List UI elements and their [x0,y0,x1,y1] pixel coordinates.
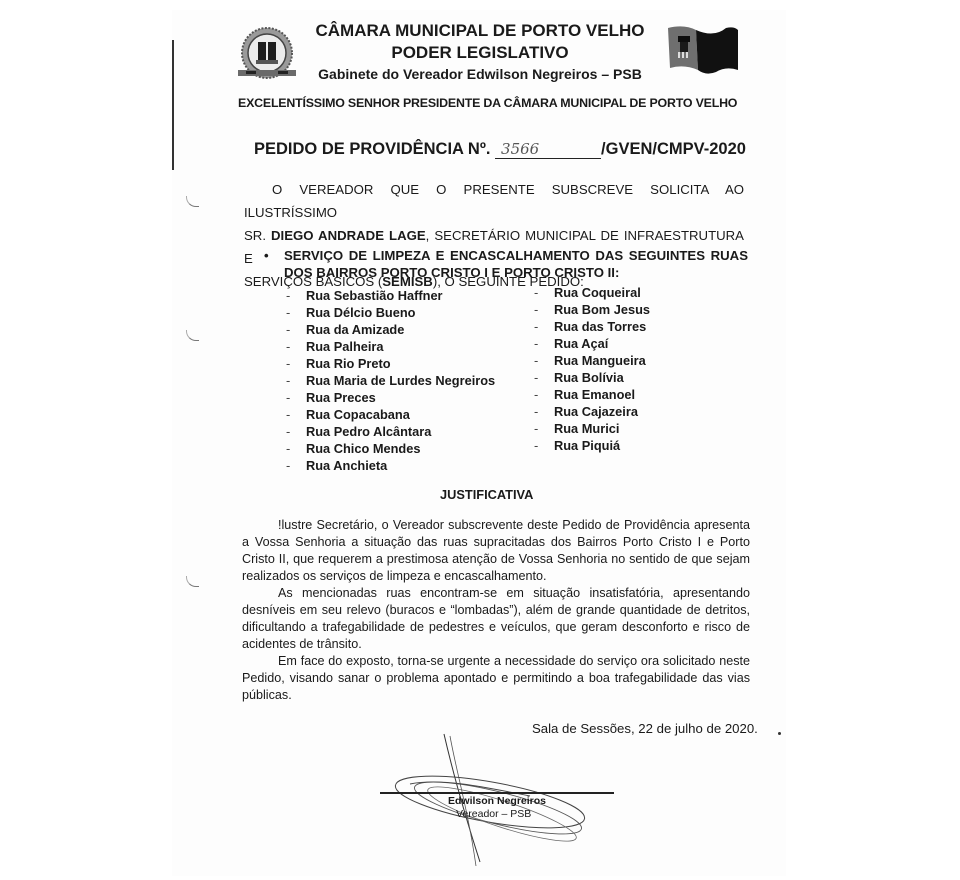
dash-icon: - [534,420,554,437]
street-list-item: -Rua Maria de Lurdes Negreiros [286,372,495,389]
request-number-heading: PEDIDO DE PROVIDÊNCIA Nº. 3566/GVEN/CMPV… [254,140,746,159]
request-bullet-text: SERVIÇO DE LIMPEZA E ENCASCALHAMENTO DAS… [284,247,748,281]
street-name: Rua Bom Jesus [554,301,650,318]
street-list-column-b: -Rua Coqueiral-Rua Bom Jesus-Rua das Tor… [534,284,650,454]
dash-icon: - [286,440,306,457]
street-name: Rua Anchieta [306,457,387,474]
street-name: Rua Chico Mendes [306,440,420,457]
municipal-seal-icon [236,26,298,84]
street-list-item: -Rua Palheira [286,338,495,355]
justification-body: !lustre Secretário, o Vereador subscreve… [242,517,750,704]
dash-icon: - [286,389,306,406]
street-list-item: -Rua Coqueiral [534,284,650,301]
street-name: Rua Murici [554,420,619,437]
secretary-name: DIEGO ANDRADE LAGE [271,228,426,243]
city-flag-icon [666,22,740,76]
street-list-item: -Rua Bolívia [534,369,650,386]
street-list-item: -Rua Bom Jesus [534,301,650,318]
street-name: Rua da Amizade [306,321,404,338]
street-list-item: -Rua Emanoel [534,386,650,403]
signature-line [380,792,614,794]
street-name: Rua Rio Preto [306,355,391,372]
street-list-item: -Rua Rio Preto [286,355,495,372]
dash-icon: - [286,304,306,321]
street-name: Rua Mangueira [554,352,646,369]
request-number-handwritten: 3566 [495,141,601,159]
dash-icon: - [286,355,306,372]
branch-title: PODER LEGISLATIVO [300,43,660,63]
dash-icon: - [534,369,554,386]
street-list-item: -Rua Murici [534,420,650,437]
dash-icon: - [286,372,306,389]
bullet-icon: • [264,247,269,264]
street-name: Rua Maria de Lurdes Negreiros [306,372,495,389]
street-name: Rua Pedro Alcântara [306,423,431,440]
street-list-item: -Rua Copacabana [286,406,495,423]
street-name: Rua Açaí [554,335,608,352]
street-list-item: -Rua Piquiá [534,437,650,454]
street-name: Rua Preces [306,389,376,406]
street-list-item: -Rua Sebastião Haffner [286,287,495,304]
street-list-item: -Rua Pedro Alcântara [286,423,495,440]
street-list-item: -Rua Délcio Bueno [286,304,495,321]
dash-icon: - [534,403,554,420]
signer-role: Vereador – PSB [456,808,531,820]
justification-paragraph: !lustre Secretário, o Vereador subscreve… [242,517,750,585]
dash-icon: - [534,352,554,369]
street-name: Rua Coqueiral [554,284,641,301]
street-list-item: -Rua da Amizade [286,321,495,338]
dash-icon: - [534,386,554,403]
dash-icon: - [286,287,306,304]
street-list-column-a: -Rua Sebastião Haffner-Rua Délcio Bueno-… [286,287,495,474]
signer-name: Edwilson Negreiros [448,795,546,807]
street-name: Rua Emanoel [554,386,635,403]
street-name: Rua Palheira [306,338,384,355]
dash-icon: - [534,335,554,352]
street-list-item: -Rua das Torres [534,318,650,335]
street-list-item: -Rua Cajazeira [534,403,650,420]
dash-icon: - [286,321,306,338]
justification-title: JUSTIFICATIVA [440,487,533,502]
street-name: Rua Copacabana [306,406,410,423]
street-list-item: -Rua Mangueira [534,352,650,369]
street-list-item: -Rua Preces [286,389,495,406]
request-suffix: /GVEN/CMPV-2020 [601,140,746,158]
street-name: Rua das Torres [554,318,646,335]
dash-icon: - [534,318,554,335]
dash-icon: - [534,301,554,318]
street-list-item: -Rua Anchieta [286,457,495,474]
street-list-item: -Rua Chico Mendes [286,440,495,457]
scan-speck [778,732,781,735]
dash-icon: - [534,284,554,301]
street-list-item: -Rua Açaí [534,335,650,352]
street-name: Rua Bolívia [554,369,624,386]
dash-icon: - [286,457,306,474]
street-name: Rua Sebastião Haffner [306,287,443,304]
request-bullet: • SERVIÇO DE LIMPEZA E ENCASCALHAMENTO D… [268,247,748,281]
request-prefix: PEDIDO DE PROVIDÊNCIA Nº. [254,140,490,158]
intro-line-1: O VEREADOR QUE O PRESENTE SUBSCREVE SOLI… [244,178,744,224]
justification-paragraph: As mencionadas ruas encontram-se em situ… [242,585,750,653]
street-name: Rua Délcio Bueno [306,304,416,321]
dash-icon: - [286,338,306,355]
street-name: Rua Cajazeira [554,403,638,420]
justification-paragraph: Em face do exposto, torna-se urgente a n… [242,653,750,704]
scan-edge-line [172,40,174,170]
dash-icon: - [534,437,554,454]
office-subtitle: Gabinete do Vereador Edwilson Negreiros … [300,66,660,82]
addressee-line: EXCELENTÍSSIMO SENHOR PRESIDENTE DA CÂMA… [238,96,737,110]
dash-icon: - [286,406,306,423]
institution-title: CÂMARA MUNICIPAL DE PORTO VELHO [300,21,660,41]
dash-icon: - [286,423,306,440]
street-name: Rua Piquiá [554,437,620,454]
